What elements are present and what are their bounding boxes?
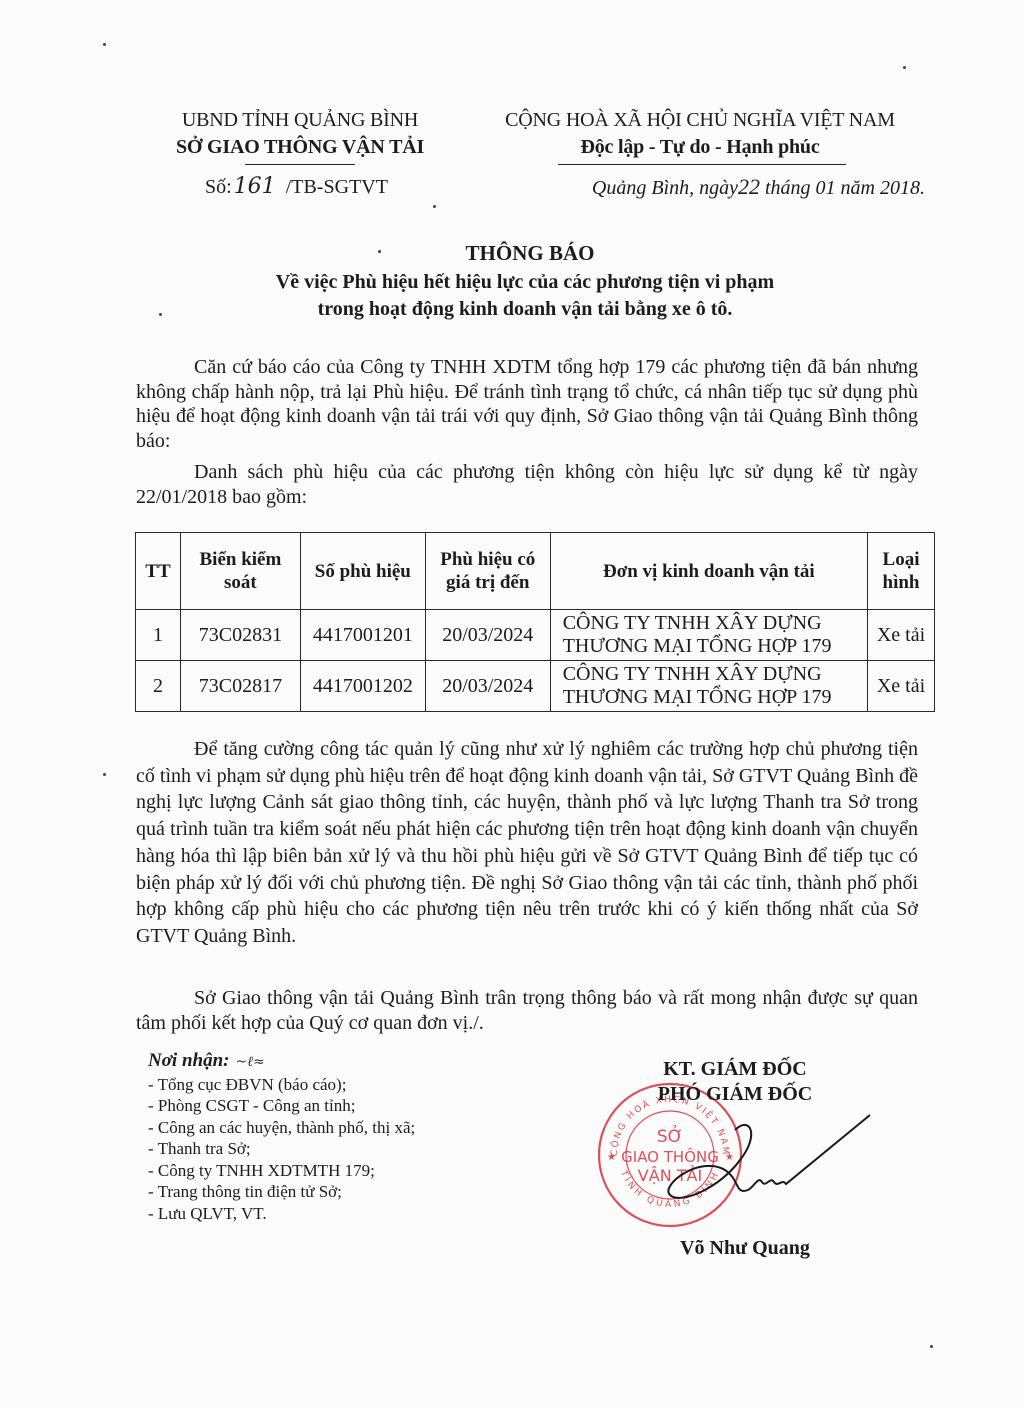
- scan-speck: [903, 66, 906, 69]
- document-subtitle: Về việc Phù hiệu hết hiệu lực của các ph…: [200, 269, 850, 323]
- agency-parent: UBND TỈNH QUẢNG BÌNH: [130, 109, 470, 132]
- col-header-company: Đơn vị kinh doanh vận tải: [550, 533, 867, 610]
- cell-valid-until: 20/03/2024: [425, 610, 550, 661]
- table-row: 2 73C02817 4417001202 20/03/2024 CÔNG TY…: [136, 661, 935, 712]
- recipient-item: - Công ty TNHH XDTMTH 179;: [148, 1160, 415, 1182]
- number-suffix: /TB-SGTVT: [286, 176, 388, 198]
- national-title: CỘNG HOÀ XÃ HỘI CHỦ NGHĨA VIỆT NAM: [470, 109, 930, 132]
- recipient-item: - Công an các huyện, thành phố, thị xã;: [148, 1117, 415, 1139]
- table-row: 1 73C02831 4417001201 20/03/2024 CÔNG TY…: [136, 610, 935, 661]
- document-number: Số:161/TB-SGTVT: [205, 174, 388, 199]
- recipients-heading: Nơi nhận:: [148, 1050, 229, 1071]
- company-line-2: THƯƠNG MẠI TỔNG HỢP 179: [563, 635, 863, 658]
- table-header-row: TT Biển kiểm soát Số phù hiệu Phù hiệu c…: [136, 533, 935, 610]
- recipient-item: - Tổng cục ĐBVN (báo cáo);: [148, 1074, 415, 1096]
- cell-type: Xe tải: [868, 661, 935, 712]
- document-title: THÔNG BÁO: [130, 241, 930, 266]
- subtitle-line-1: Về việc Phù hiệu hết hiệu lực của các ph…: [200, 269, 850, 296]
- company-line-1: CÔNG TY TNHH XÂY DỰNG: [563, 663, 863, 686]
- signer-title: PHÓ GIÁM ĐỐC: [590, 1083, 880, 1106]
- scan-speck: [103, 43, 106, 46]
- cell-company: CÔNG TY TNHH XÂY DỰNGTHƯƠNG MẠI TỔNG HỢP…: [550, 610, 867, 661]
- col-header-badge-number: Số phù hiệu: [300, 533, 425, 610]
- agency-underline: [245, 164, 355, 165]
- scan-speck: [433, 205, 436, 208]
- paragraph-basis: Căn cứ báo cáo của Công ty TNHH XDTM tổn…: [136, 355, 918, 453]
- number-handwritten: 161: [234, 174, 276, 199]
- company-line-1: CÔNG TY TNHH XÂY DỰNG: [563, 612, 863, 635]
- motto-underline: [558, 164, 846, 165]
- date-day-handwritten: 22: [738, 174, 760, 199]
- scan-speck: [103, 773, 106, 776]
- recipient-item: - Thanh tra Sở;: [148, 1138, 415, 1160]
- col-header-plate: Biển kiểm soát: [180, 533, 300, 610]
- recipient-item: - Phòng CSGT - Công an tỉnh;: [148, 1095, 415, 1117]
- cell-company: CÔNG TY TNHH XÂY DỰNGTHƯƠNG MẠI TỔNG HỢP…: [550, 661, 867, 712]
- col-header-tt: TT: [136, 533, 181, 610]
- svg-text:★: ★: [607, 1152, 616, 1163]
- invalid-badges-table: TT Biển kiểm soát Số phù hiệu Phù hiệu c…: [135, 532, 935, 712]
- cell-plate: 73C02831: [180, 610, 300, 661]
- cell-tt: 1: [136, 610, 181, 661]
- national-motto: Độc lập - Tự do - Hạnh phúc: [470, 136, 930, 159]
- recipient-item: - Trang thông tin điện tử Sở;: [148, 1181, 415, 1203]
- company-line-2: THƯƠNG MẠI TỔNG HỢP 179: [563, 686, 863, 709]
- initials-scribble-icon: ~ℓ≈: [235, 1054, 264, 1070]
- cell-tt: 2: [136, 661, 181, 712]
- cell-badge-number: 4417001202: [300, 661, 425, 712]
- recipients-block: Nơi nhận:~ℓ≈ - Tổng cục ĐBVN (báo cáo); …: [148, 1050, 415, 1224]
- cell-type: Xe tải: [868, 610, 935, 661]
- date-suffix: tháng 01 năm 2018.: [760, 177, 925, 199]
- paragraph-text: Sở Giao thông vận tải Quảng Bình trân tr…: [136, 986, 918, 1035]
- scan-speck: [378, 250, 381, 253]
- agency-name: SỞ GIAO THÔNG VẬN TẢI: [130, 136, 470, 159]
- col-header-type: Loại hình: [868, 533, 935, 610]
- paragraph-list-intro: Danh sách phù hiệu của các phương tiện k…: [136, 460, 918, 509]
- paragraph-text: Để tăng cường công tác quản lý cũng như …: [136, 736, 918, 950]
- cell-valid-until: 20/03/2024: [425, 661, 550, 712]
- scan-speck: [159, 313, 162, 316]
- scan-speck: [930, 1345, 933, 1348]
- date-prefix: Quảng Bình, ngày: [592, 177, 738, 199]
- col-header-valid-until: Phù hiệu có giá trị đến: [425, 533, 550, 610]
- cell-plate: 73C02817: [180, 661, 300, 712]
- signer-authority: KT. GIÁM ĐỐC: [590, 1058, 880, 1081]
- signer-name: Võ Như Quang: [610, 1237, 880, 1260]
- paragraph-request: Để tăng cường công tác quản lý cũng như …: [136, 736, 918, 950]
- paragraph-text: Danh sách phù hiệu của các phương tiện k…: [136, 460, 918, 509]
- recipient-item: - Lưu QLVT, VT.: [148, 1203, 415, 1225]
- number-prefix: Số:: [205, 176, 232, 198]
- cell-badge-number: 4417001201: [300, 610, 425, 661]
- place-date: Quảng Bình, ngày22 tháng 01 năm 2018.: [470, 174, 925, 200]
- subtitle-line-2: trong hoạt động kinh doanh vận tải bằng …: [200, 296, 850, 323]
- paragraph-closing: Sở Giao thông vận tải Quảng Bình trân tr…: [136, 986, 918, 1035]
- handwritten-signature-icon: [640, 1110, 880, 1220]
- paragraph-text: Căn cứ báo cáo của Công ty TNHH XDTM tổn…: [136, 355, 918, 453]
